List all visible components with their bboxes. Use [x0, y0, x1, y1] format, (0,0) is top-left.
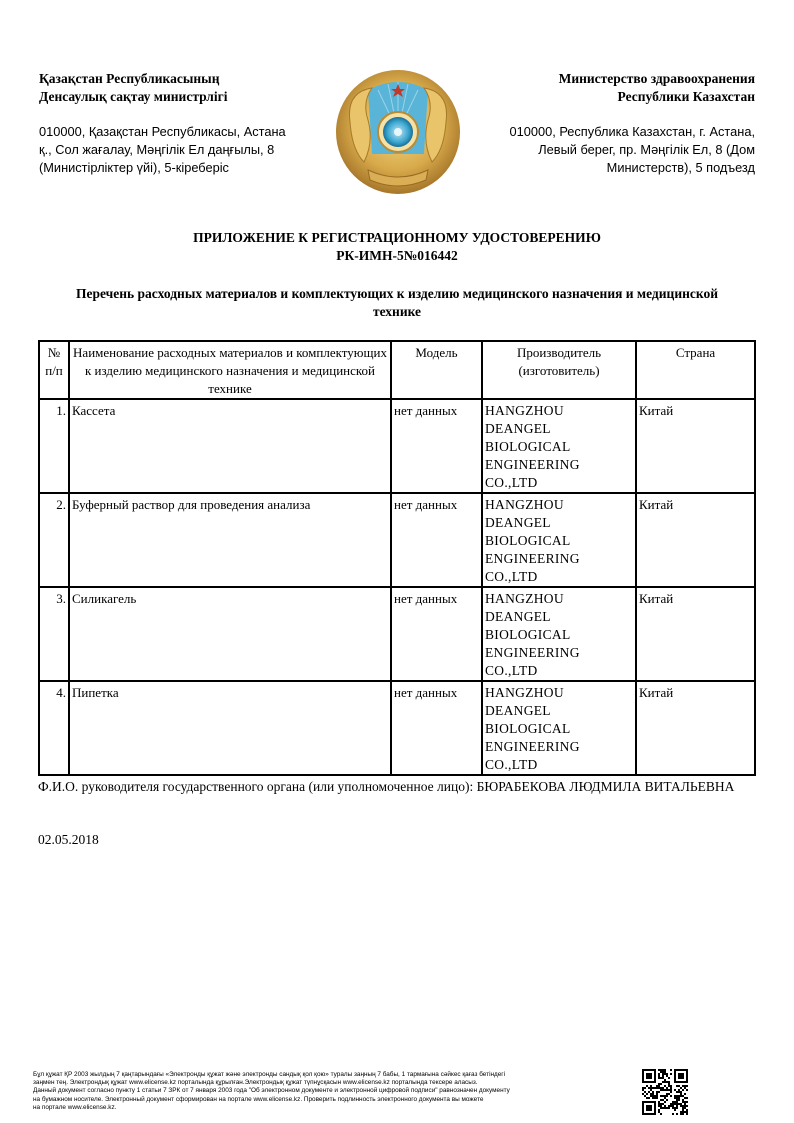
document-date: 02.05.2018 — [38, 832, 99, 848]
footer-line3: Данный документ согласно пункту 1 статьи… — [33, 1087, 653, 1095]
footer-line4: на бумажном носителе. Электронный докуме… — [33, 1096, 653, 1104]
address-kz-line3: (Министірліктер үйі), 5-кіреберіс — [39, 159, 329, 177]
address-ru: 010000, Республика Казахстан, г. Астана,… — [465, 123, 755, 177]
row-manufacturer: HANGZHOU DEANGEL BIOLOGICAL ENGINEERING … — [482, 399, 636, 493]
table-row: 4.Пипетканет данныхHANGZHOU DEANGEL BIOL… — [39, 681, 755, 775]
row-model: нет данных — [391, 399, 482, 493]
row-item-name: Пипетка — [69, 681, 391, 775]
signatory: Ф.И.О. руководителя государственного орг… — [38, 778, 756, 796]
org-name-ru-line1: Министерство здравоохранения — [465, 70, 755, 88]
header-country: Страна — [636, 341, 755, 399]
row-manufacturer: HANGZHOU DEANGEL BIOLOGICAL ENGINEERING … — [482, 587, 636, 681]
table-row: 1.Кассетанет данныхHANGZHOU DEANGEL BIOL… — [39, 399, 755, 493]
footer-legal-note: Бұл құжат ҚР 2003 жылдың 7 қаңтарындағы … — [33, 1071, 653, 1112]
materials-table: № п/п Наименование расходных материалов … — [38, 340, 756, 776]
address-kz-line2: қ., Сол жағалау, Мәңгілік Ел даңғылы, 8 — [39, 141, 329, 159]
header-name: Наименование расходных материалов и комп… — [69, 341, 391, 399]
document-title: ПРИЛОЖЕНИЕ К РЕГИСТРАЦИОННОМУ УДОСТОВЕРЕ… — [0, 229, 794, 265]
row-country: Китай — [636, 681, 755, 775]
header-manufacturer: Производитель (изготовитель) — [482, 341, 636, 399]
row-number: 3. — [39, 587, 69, 681]
row-item-name: Буферный раствор для проведения анализа — [69, 493, 391, 587]
address-kz-line1: 010000, Қазақстан Республикасы, Астана — [39, 123, 329, 141]
table-header-row: № п/п Наименование расходных материалов … — [39, 341, 755, 399]
address-kz: 010000, Қазақстан Республикасы, Астана қ… — [39, 123, 329, 177]
address-ru-line1: 010000, Республика Казахстан, г. Астана, — [465, 123, 755, 141]
row-item-name: Кассета — [69, 399, 391, 493]
row-country: Китай — [636, 399, 755, 493]
row-manufacturer: HANGZHOU DEANGEL BIOLOGICAL ENGINEERING … — [482, 493, 636, 587]
title-line1: ПРИЛОЖЕНИЕ К РЕГИСТРАЦИОННОМУ УДОСТОВЕРЕ… — [0, 229, 794, 247]
address-ru-line2: Левый берег, пр. Мәңгілік Ел, 8 (Дом — [465, 141, 755, 159]
document-subtitle: Перечень расходных материалов и комплект… — [60, 285, 734, 321]
row-number: 4. — [39, 681, 69, 775]
row-country: Китай — [636, 493, 755, 587]
table-row: 2.Буферный раствор для проведения анализ… — [39, 493, 755, 587]
row-item-name: Силикагель — [69, 587, 391, 681]
org-name-kz-line2: Денсаулық сақтау министрлігі — [39, 88, 329, 106]
address-ru-line3: Министерств), 5 подъезд — [465, 159, 755, 177]
state-emblem-icon — [328, 62, 468, 202]
qr-code-icon — [642, 1069, 688, 1115]
header-number: № п/п — [39, 341, 69, 399]
row-manufacturer: HANGZHOU DEANGEL BIOLOGICAL ENGINEERING … — [482, 681, 636, 775]
header-right: Министерство здравоохранения Республики … — [465, 70, 755, 177]
row-model: нет данных — [391, 493, 482, 587]
row-country: Китай — [636, 587, 755, 681]
row-number: 2. — [39, 493, 69, 587]
header-left: Қазақстан Республикасының Денсаулық сақт… — [39, 70, 329, 177]
header-model: Модель — [391, 341, 482, 399]
footer-line5: на портале www.elicense.kz. — [33, 1104, 653, 1112]
org-name-kz-line1: Қазақстан Республикасының — [39, 70, 329, 88]
row-model: нет данных — [391, 587, 482, 681]
org-name-ru-line2: Республики Казахстан — [465, 88, 755, 106]
row-model: нет данных — [391, 681, 482, 775]
row-number: 1. — [39, 399, 69, 493]
table-row: 3.Силикагельнет данныхHANGZHOU DEANGEL B… — [39, 587, 755, 681]
footer-line1: Бұл құжат ҚР 2003 жылдың 7 қаңтарындағы … — [33, 1071, 653, 1079]
registration-number: РК-ИМН-5№016442 — [0, 247, 794, 265]
